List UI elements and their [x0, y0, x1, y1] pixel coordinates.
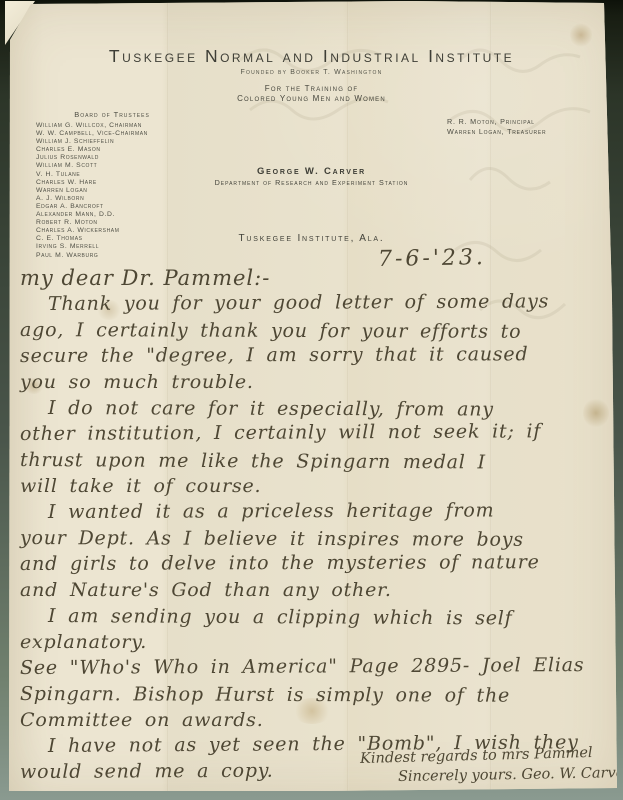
paper-stain	[292, 698, 332, 724]
place-line: Tuskegee Institute, Ala.	[0, 233, 623, 244]
paper-crease	[167, 0, 169, 800]
body-line: you so much trouble.	[20, 371, 254, 393]
body-line: ago, I certainly thank you for your effo…	[20, 319, 521, 343]
paper-stain	[96, 300, 122, 320]
body-line: would send me a copy.	[20, 760, 274, 783]
department-head-name: George W. Carver	[0, 166, 623, 177]
postscript-regards: Kindest regards to mrs Pammel	[360, 745, 593, 767]
body-line: explanatory.	[20, 631, 147, 653]
salutation: my dear Dr. Pammel:-	[20, 266, 270, 290]
board-of-trustees-header: Board of Trustees	[32, 110, 192, 119]
paper-crease	[347, 0, 349, 800]
trustee-name: Edgar A. Bancroft	[36, 203, 148, 211]
body-line: I wanted it as a priceless heritage from	[48, 499, 494, 523]
body-line: Thank you for your good letter of some d…	[48, 290, 549, 315]
body-line: other institution, I certainly will not …	[20, 420, 541, 445]
handwritten-date: 7-6-'23.	[378, 245, 486, 272]
trustee-name: Irving S. Merrell	[36, 243, 148, 251]
body-line: I am sending you a clipping which is sel…	[48, 605, 513, 629]
scan-background: Tuskegee Normal and Industrial Institute…	[0, 0, 623, 800]
body-line: Committee on awards.	[20, 709, 264, 731]
letter-paper: Tuskegee Normal and Industrial Institute…	[0, 0, 623, 800]
body-line: and girls to delve into the mysteries of…	[20, 551, 540, 575]
institute-name: Tuskegee Normal and Industrial Institute	[0, 46, 623, 67]
department-name: Department of Research and Experiment St…	[0, 178, 623, 187]
trustee-name: A. J. Wilborn	[36, 195, 148, 203]
signature: Sincerely yours. Geo. W. Carver.	[398, 765, 623, 785]
trustee-name: William J. Schieffelin	[36, 138, 148, 146]
training-line-1: For the Training of	[0, 84, 623, 93]
body-line: I do not care for it especially, from an…	[48, 397, 494, 421]
training-line-2: Colored Young Men and Women	[0, 94, 623, 103]
officer-principal: R. R. Moton, Principal	[447, 117, 546, 127]
body-line: See "Who's Who in America" Page 2895- Jo…	[20, 654, 585, 679]
trustee-name: Paul M. Warburg	[36, 252, 148, 260]
trustee-name: Robert R. Moton	[36, 219, 148, 227]
founded-line: Founded by Booker T. Washington	[0, 69, 623, 76]
body-line: your Dept. As I believe it inspires more…	[20, 527, 524, 551]
trustee-name: Alexander Mann, D.D.	[36, 211, 148, 219]
body-line: secure the "degree, I am sorry that it c…	[20, 343, 528, 367]
body-line: will take it of course.	[20, 475, 261, 497]
paper-stain	[24, 378, 44, 394]
body-line: Spingarn. Bishop Hurst is simply one of …	[20, 683, 510, 707]
paper-stain	[570, 22, 592, 48]
trustee-name: Charles E. Mason	[36, 146, 148, 154]
body-line: and Nature's God than any other.	[20, 579, 392, 601]
trustee-name: Julius Rosenwald	[36, 154, 148, 162]
body-line: I have not as yet seen the "Bomb", I wis…	[48, 731, 579, 757]
trustee-name: W. W. Campbell, Vice-Chairman	[36, 130, 148, 138]
trustee-name: Warren Logan	[36, 187, 148, 195]
officer-treasurer: Warren Logan, Treasurer	[447, 127, 546, 137]
trustee-name: William G. Willcox, Chairman	[36, 122, 148, 130]
officers-block: R. R. Moton, Principal Warren Logan, Tre…	[447, 117, 546, 137]
paper-stain	[583, 398, 609, 428]
body-line: thrust upon me like the Spingarn medal I	[20, 449, 486, 473]
